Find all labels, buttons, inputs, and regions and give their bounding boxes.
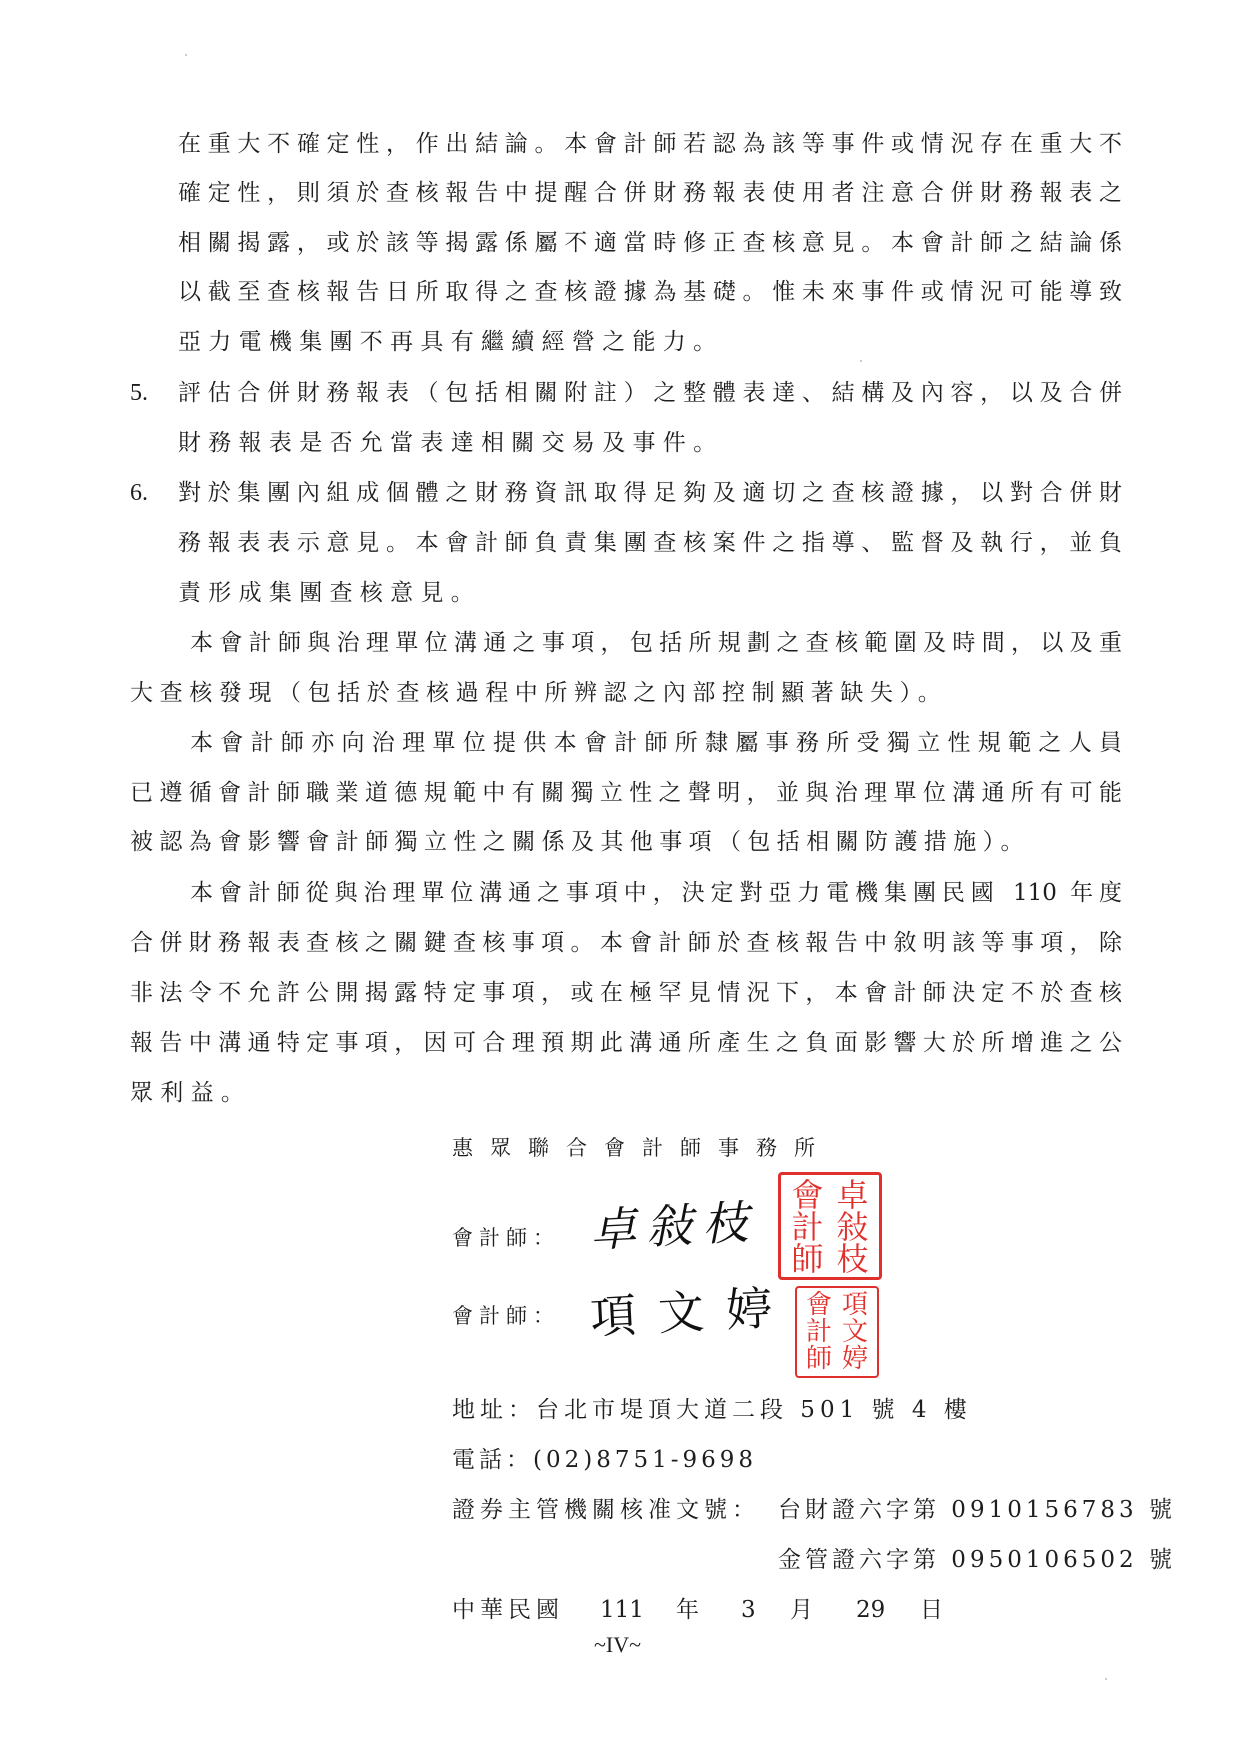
scan-speck bbox=[185, 54, 187, 56]
text-line: 合併財務報表查核之關鍵查核事項。本會計師於查核報告中敘明該等事項，除 bbox=[130, 928, 1122, 958]
firm-name: 惠眾聯合會計師事務所 bbox=[452, 1134, 832, 1162]
seal-char: 項 bbox=[842, 1292, 868, 1318]
seal-char: 枝 bbox=[836, 1243, 868, 1275]
seal-char: 計 bbox=[791, 1211, 823, 1243]
date-day-unit: 日 bbox=[920, 1596, 943, 1624]
text-line: 相關揭露，或於該等揭露係屬不適當時修正查核意見。本會計師之結論係 bbox=[178, 228, 1122, 258]
seal-char: 會 bbox=[791, 1179, 823, 1211]
text-line: 亞力電機集團不再具有繼續經營之能力。 bbox=[178, 327, 723, 357]
text-line: 對於集團內組成個體之財務資訊取得足夠及適切之查核證據，以對合併財 bbox=[178, 478, 1122, 508]
accountant-label: 會計師： bbox=[452, 1302, 560, 1330]
approval-number: 台財證六字第 0910156783 號 bbox=[778, 1496, 1176, 1524]
date-month-unit: 月 bbox=[790, 1596, 813, 1624]
date-year-unit: 年 bbox=[676, 1596, 699, 1624]
seal-char: 計 bbox=[806, 1319, 832, 1345]
accountant-label: 會計師： bbox=[452, 1224, 560, 1252]
approval-number: 金管證六字第 0950106502 號 bbox=[778, 1546, 1176, 1574]
list-marker: 5. bbox=[130, 378, 148, 408]
text-line: 財務報表是否允當表達相關交易及事件。 bbox=[178, 428, 723, 458]
seal-stamp: 會 計 師 卓 敍 枝 bbox=[778, 1172, 882, 1280]
seal-stamp: 會 計 師 項 文 婷 bbox=[795, 1286, 879, 1378]
text-line: 在重大不確定性，作出結論。本會計師若認為該等事件或情況存在重大不 bbox=[178, 129, 1122, 159]
text-line: 評估合併財務報表（包括相關附註）之整體表達、結構及內容，以及合併 bbox=[178, 378, 1122, 408]
seal-char: 會 bbox=[806, 1292, 832, 1318]
date-era: 中華民國 bbox=[452, 1596, 564, 1624]
text-line: 務報表表示意見。本會計師負責集團查核案件之指導、監督及執行，並負 bbox=[178, 528, 1122, 558]
seal-char: 卓 bbox=[836, 1179, 868, 1211]
firm-phone: 電話：(02)8751-9698 bbox=[452, 1446, 757, 1474]
seal-char: 文 bbox=[842, 1319, 868, 1345]
list-marker: 6. bbox=[130, 478, 148, 508]
date-month: 3 bbox=[741, 1596, 756, 1624]
handwritten-signature: 卓敍枝 bbox=[588, 1186, 759, 1261]
date-day: 29 bbox=[856, 1596, 885, 1624]
handwritten-signature: 項文婷 bbox=[588, 1271, 795, 1348]
text-line: 責形成集團查核意見。 bbox=[178, 578, 481, 608]
seal-char: 師 bbox=[806, 1346, 832, 1372]
text-line: 報告中溝通特定事項，因可合理預期此溝通所產生之負面影響大於所增進之公 bbox=[130, 1028, 1122, 1058]
text-line: 本會計師亦向治理單位提供本會計師所隸屬事務所受獨立性規範之人員 bbox=[190, 728, 1122, 758]
text-line: 大查核發現（包括於查核過程中所辨認之內部控制顯著缺失）。 bbox=[130, 678, 947, 708]
seal-char: 師 bbox=[791, 1243, 823, 1275]
page-number: ~IV~ bbox=[594, 1632, 641, 1658]
scan-speck bbox=[860, 360, 862, 362]
approval-label: 證券主管機關核准文號： bbox=[452, 1496, 760, 1524]
text-line: 確定性，則須於查核報告中提醒合併財務報表使用者注意合併財務報表之 bbox=[178, 178, 1122, 208]
text-line: 被認為會影響會計師獨立性之關係及其他事項（包括相關防護措施）。 bbox=[130, 827, 1030, 857]
date-year: 111 bbox=[600, 1596, 644, 1624]
seal-char: 敍 bbox=[836, 1211, 868, 1243]
text-line: 眾利益。 bbox=[130, 1078, 251, 1108]
text-line: 非法令不允許公開揭露特定事項，或在極罕見情況下，本會計師決定不於查核 bbox=[130, 978, 1122, 1008]
text-line: 已遵循會計師職業道德規範中有關獨立性之聲明，並與治理單位溝通所有可能 bbox=[130, 778, 1122, 808]
text-line: 本會計師與治理單位溝通之事項，包括所規劃之查核範圍及時間，以及重 bbox=[190, 628, 1122, 658]
text-line: 以截至查核報告日所取得之查核證據為基礎。惟未來事件或情況可能導致 bbox=[178, 277, 1122, 307]
firm-address: 地址：台北市堤頂大道二段 501 號 4 樓 bbox=[452, 1396, 972, 1424]
text-line: 本會計師從與治理單位溝通之事項中，決定對亞力電機集團民國 110 年度 bbox=[190, 878, 1122, 908]
scan-speck bbox=[1105, 1678, 1107, 1680]
seal-char: 婷 bbox=[842, 1346, 868, 1372]
